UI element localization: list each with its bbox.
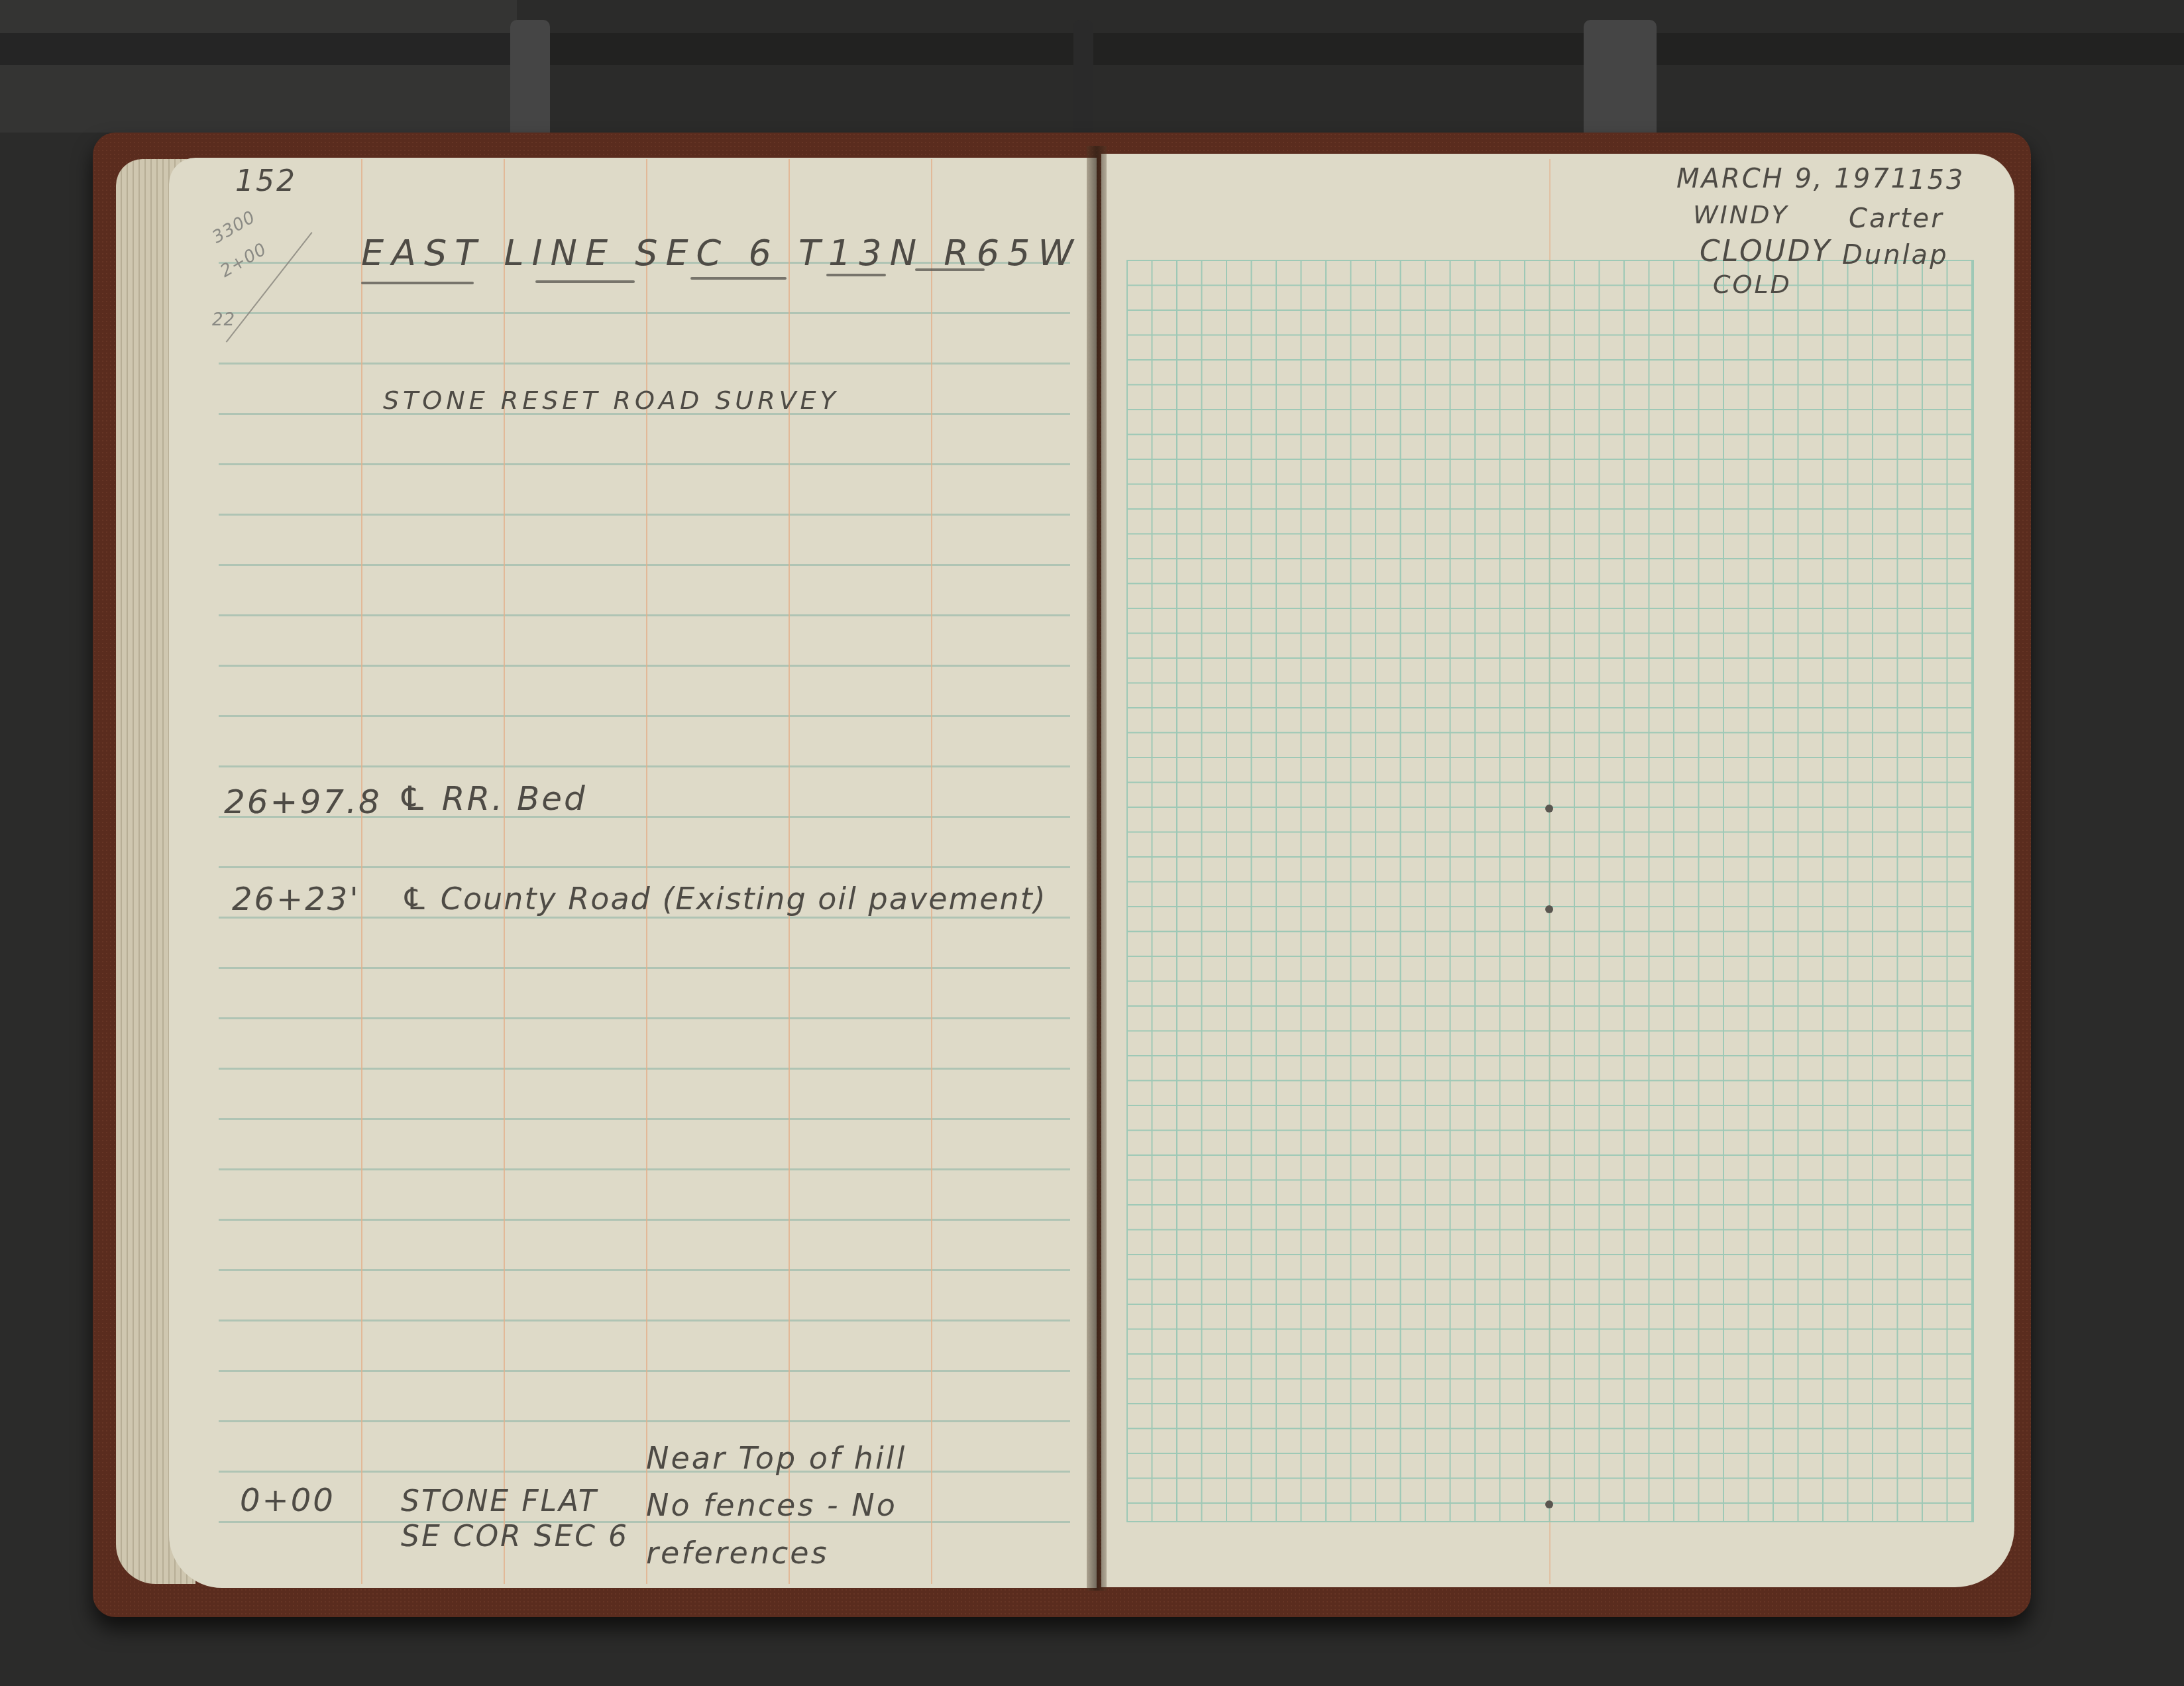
ruled-line — [219, 1269, 1070, 1271]
column-rule — [504, 159, 505, 1584]
left-page-number: 152 — [235, 167, 297, 196]
margin-note: 22 — [212, 311, 235, 329]
right-page-number: 153 — [1908, 167, 1965, 194]
ruled-line — [219, 614, 1070, 616]
entry-remarks: Near Top of hill No fences - No referenc… — [646, 1435, 906, 1577]
ruled-line — [219, 514, 1070, 516]
left-page — [169, 158, 1097, 1588]
entry-station: 26+97.8 — [224, 785, 382, 818]
background-panel-top-left — [0, 0, 517, 133]
ruled-line — [219, 564, 1070, 566]
entry-description: ℄ County Road (Existing oil pavement) — [401, 883, 1047, 914]
pencil-dot — [1545, 905, 1553, 913]
ruled-line — [219, 1521, 1070, 1523]
ruled-line — [219, 463, 1070, 465]
pencil-dot — [1545, 1500, 1553, 1508]
column-rule — [646, 159, 647, 1584]
column-rule — [931, 159, 932, 1584]
column-rule — [789, 159, 790, 1584]
ruled-line — [219, 866, 1070, 868]
column-rule — [361, 159, 362, 1584]
heading-underline — [915, 268, 985, 271]
entry-description: STONE FLAT SE COR SEC 6 — [401, 1485, 629, 1555]
ruled-line — [219, 765, 1070, 767]
pencil-dot — [1545, 805, 1553, 813]
ruled-line — [219, 312, 1070, 314]
weather-note: COLD — [1713, 272, 1792, 297]
crew-member: Dunlap — [1842, 242, 1949, 268]
spine-gutter — [1087, 146, 1107, 1591]
subheading: STONE RESET ROAD SURVEY — [383, 388, 840, 413]
graph-paper-grid — [1126, 260, 1974, 1522]
ruled-line — [219, 1420, 1070, 1422]
entry-station: 26+23' — [232, 883, 360, 915]
entry-date: MARCH 9, 1971 — [1676, 166, 1910, 192]
ruled-line — [219, 665, 1070, 667]
heading-underline — [690, 277, 787, 280]
ruled-line — [219, 1471, 1070, 1473]
heading-underline — [826, 274, 886, 276]
ruled-line — [219, 1118, 1070, 1120]
background-rail-left — [510, 20, 550, 146]
page-heading: EAST LINE SEC 6 T13N R65W — [361, 235, 1081, 271]
weather-note: CLOUDY — [1700, 237, 1831, 266]
entry-station: 0+00 — [240, 1485, 335, 1516]
ruled-line — [219, 715, 1070, 717]
background-rail-right — [1584, 20, 1657, 146]
ruled-line — [219, 1168, 1070, 1170]
weather-note: WINDY — [1693, 202, 1789, 227]
heading-underline — [535, 280, 635, 283]
ruled-line — [219, 1017, 1070, 1019]
ruled-line — [219, 363, 1070, 365]
heading-underline — [361, 282, 474, 284]
ruled-line — [219, 1219, 1070, 1221]
background-rail-center — [1073, 20, 1093, 146]
ruled-line — [219, 1370, 1070, 1372]
ruled-line — [219, 1320, 1070, 1321]
ruled-line — [219, 1068, 1070, 1070]
entry-description: ℄ RR. Bed — [398, 782, 587, 815]
ruled-line — [219, 967, 1070, 969]
crew-member: Carter — [1849, 205, 1944, 232]
